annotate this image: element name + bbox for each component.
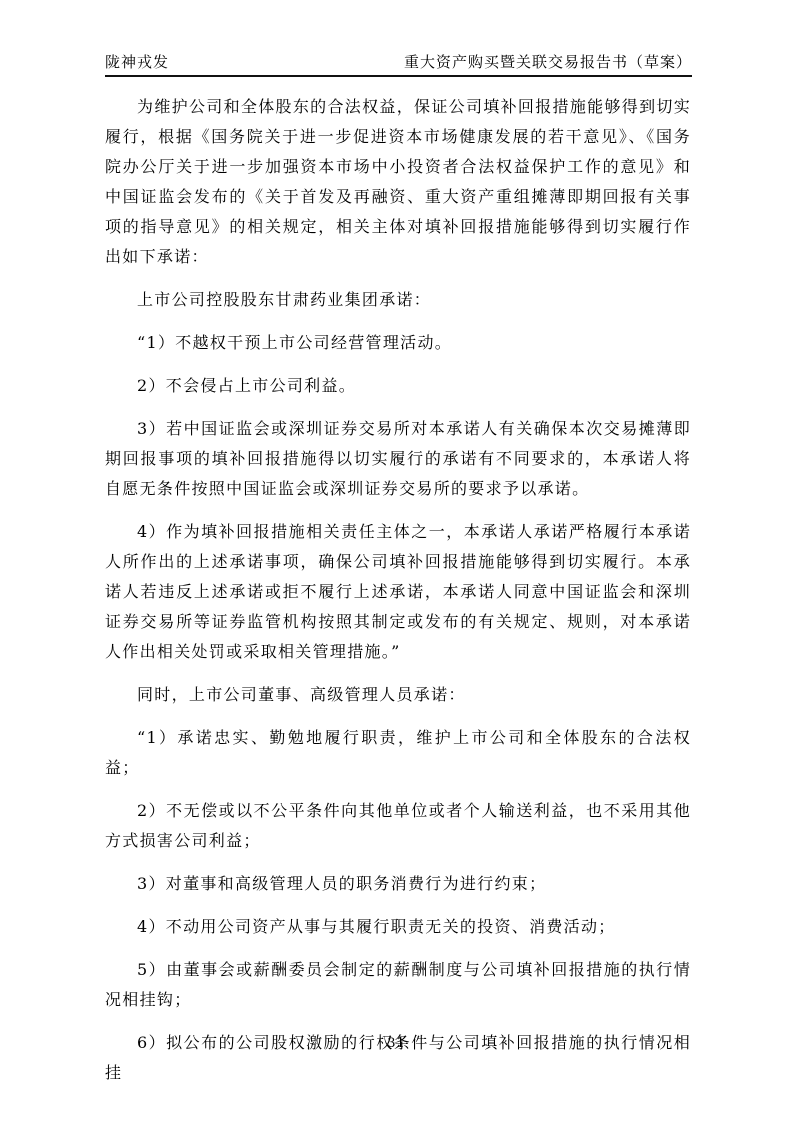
paragraph-director-item-3: 3）对董事和高级管理人员的职务消费行为进行约束； — [105, 869, 691, 899]
paragraph-director-item-1: “1）承诺忠实、勤勉地履行职责，维护上市公司和全体股东的合法权益； — [105, 723, 691, 783]
page-footer: 31 — [0, 1036, 793, 1052]
header-report-title: 重大资产购买暨关联交易报告书（草案） — [404, 53, 692, 71]
paragraph-directors-lead: 同时，上市公司董事、高级管理人员承诺： — [105, 680, 691, 710]
document-body: 为维护公司和全体股东的合法权益，保证公司填补回报措施能够得到切实履行，根据《国务… — [105, 92, 691, 1101]
paragraph-shareholder-item-1: “1）不越权干预上市公司经营管理活动。 — [105, 328, 691, 358]
paragraph-shareholder-item-2: 2）不会侵占上市公司利益。 — [105, 371, 691, 401]
paragraph-director-item-5: 5）由董事会或薪酬委员会制定的薪酬制度与公司填补回报措施的执行情况相挂钩； — [105, 955, 691, 1015]
document-page: 陇神戎发 重大资产购买暨关联交易报告书（草案） 为维护公司和全体股东的合法权益，… — [0, 0, 793, 1122]
paragraph-director-item-2: 2）不无偿或以不公平条件向其他单位或者个人输送利益，也不采用其他方式损害公司利益… — [105, 796, 691, 856]
paragraph-intro: 为维护公司和全体股东的合法权益，保证公司填补回报措施能够得到切实履行，根据《国务… — [105, 92, 691, 272]
paragraph-controlling-shareholder-lead: 上市公司控股股东甘肃药业集团承诺： — [105, 285, 691, 315]
paragraph-shareholder-item-3: 3）若中国证监会或深圳证券交易所对本承诺人有关确保本次交易摊薄即期回报事项的填补… — [105, 414, 691, 504]
paragraph-shareholder-item-4: 4）作为填补回报措施相关责任主体之一，本承诺人承诺严格履行本承诺人所作出的上述承… — [105, 517, 691, 667]
header-company-name: 陇神戎发 — [105, 53, 169, 71]
page-number: 31 — [387, 1036, 406, 1051]
page-header: 陇神戎发 重大资产购买暨关联交易报告书（草案） — [105, 53, 692, 77]
paragraph-director-item-4: 4）不动用公司资产从事与其履行职责无关的投资、消费活动； — [105, 912, 691, 942]
